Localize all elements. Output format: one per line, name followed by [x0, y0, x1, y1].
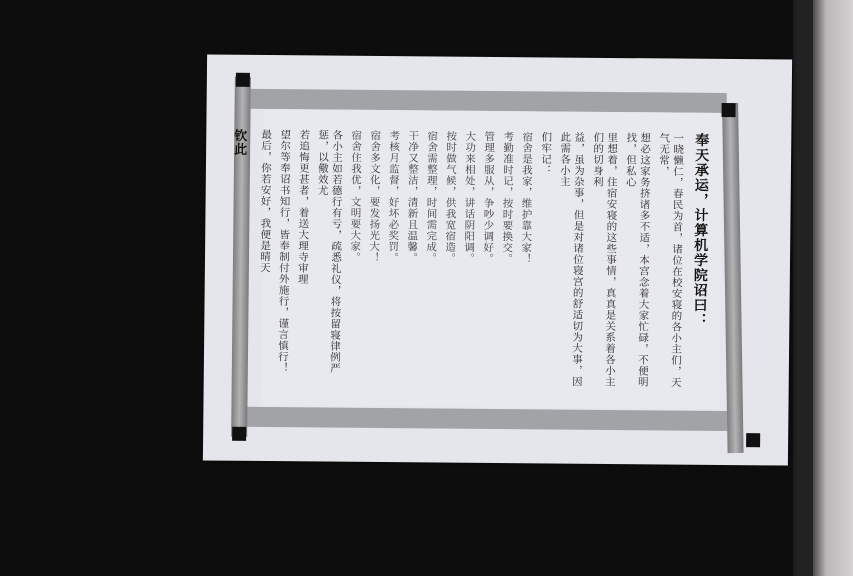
rule-line: 宿舍住我优，文明要大家。 [347, 130, 364, 390]
notice-text: 奉天承运，计算机学院诏曰： 一晓懒仁，春民为首，诸位在校安寝的各小主们，天气无常… [286, 129, 709, 393]
intro-line: 益，虽为杂事，但是对诸位寝宫的舒适切为大事，因此需各小主 [556, 132, 587, 392]
closing-line: 望尔等奉诏书知行，皆奉制付外施行，谨言慎行！ [276, 129, 293, 389]
rod-cap-top-left [236, 73, 250, 87]
notice-title: 奉天承运，计算机学院诏曰： [692, 133, 709, 393]
closing-line: 若追悔更甚者，着送大理寺审理 [295, 129, 312, 389]
intro-line: 想必这家务挤诸多不适，本宫念着大家忙碌，不便明找，但私心 [622, 132, 653, 392]
rod-cap-bottom-left [232, 427, 246, 441]
rule-line: 大功来相处，讲话阴阳调。 [461, 131, 478, 391]
intro-line: 一晓懒仁，春民为首，诸位在校安寝的各小主们，天气无常， [655, 132, 686, 392]
intro-line: 们牢记： [537, 131, 554, 391]
rule-line: 按时做气候，供我宽宿造。 [442, 131, 459, 391]
printed-notice-sheet: 奉天承运，计算机学院诏曰： 一晓懒仁，春民为首，诸位在校安寝的各小主们，天气无常… [203, 54, 792, 465]
rule-line: 干净又整洁，清新且温馨。 [404, 130, 421, 390]
rod-cap-bottom-right [746, 433, 760, 447]
scroll-bottom-band [243, 407, 727, 431]
rule-line: 宿舍是我家，维护靠大家！ [518, 131, 535, 391]
signature: 钦此 [229, 129, 246, 389]
rule-line: 考勤准时记，按时要换交。 [499, 131, 516, 391]
rule-line: 宿舍多文化，要发扬光大！ [366, 130, 383, 390]
rule-line: 考核月监督，好坏必奖罚。 [385, 130, 402, 390]
intro-line: 里想着，住宿安寝的这些事情，真真是关系着各小主们的切身利 [589, 132, 620, 392]
closing-line: 最后，你若安好，我便是晴天 [257, 129, 274, 389]
rod-cap-top-right [722, 103, 736, 117]
scroll-right-rod [722, 103, 743, 453]
rule-line: 管理多服从，争吵少调好。 [480, 131, 497, 391]
rule-line: 宿舍需整理，时间需完成。 [423, 130, 440, 390]
closing-line: 各小主如若德行有亏，疏悉礼仪，将按留寝律例严惩，以儆效尤 [314, 129, 345, 389]
table-edge [797, 0, 813, 576]
